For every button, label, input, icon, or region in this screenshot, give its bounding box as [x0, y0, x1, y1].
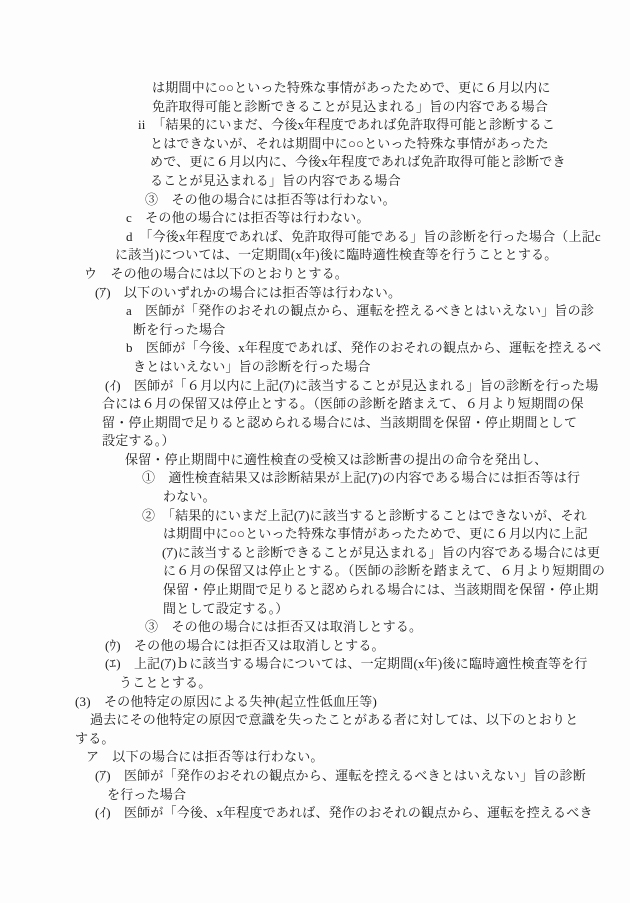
doc-line: する。 — [0, 730, 630, 749]
doc-line: 保留・停止期間中に適性検査の受検又は診断書の提出の命令を発出し、 — [0, 451, 630, 470]
doc-line: c その他の場合には拒否等は行わない。 — [0, 209, 630, 228]
document-lines: は期間中に○○といった特殊な事情があったためで、更に６月以内に免許取得可能と診断… — [0, 79, 630, 823]
doc-line: (ｱ) 医師が「発作のおそれの観点から、運転を控えるべきとはいえない」旨の診断 — [0, 767, 630, 786]
doc-line: (ｲ) 医師が「今後、x年程度であれば、発作のおそれの観点から、運転を控えるべき — [0, 804, 630, 823]
doc-line: (ｳ) その他の場合には拒否又は取消しとする。 — [0, 637, 630, 656]
doc-line: きとはいえない」旨の診断を行った場合 — [0, 358, 630, 377]
doc-line: に該当)については、一定期間(x年)後に臨時適性検査等を行うこととする。 — [0, 246, 630, 265]
doc-line: とはできないが、それは期間中に○○といった特殊な事情があったた — [0, 135, 630, 154]
doc-line: ることが見込まれる」旨の内容である場合 — [0, 172, 630, 191]
doc-line: a 医師が「発作のおそれの観点から、運転を控えるべきとはいえない」旨の診 — [0, 302, 630, 321]
doc-line: 保留・停止期間で足りると認められる場合には、当該期間を保留・停止期 — [0, 581, 630, 600]
doc-line: (ｱ) 以下のいずれかの場合には拒否等は行わない。 — [0, 284, 630, 303]
doc-line: を行った場合 — [0, 786, 630, 805]
document-page: は期間中に○○といった特殊な事情があったためで、更に６月以内に免許取得可能と診断… — [0, 0, 630, 903]
doc-line: ウ その他の場合には以下のとおりとする。 — [0, 265, 630, 284]
doc-line: (ｴ) 上記(ｱ)ｂに該当する場合については、一定期間(x年)後に臨時適性検査等… — [0, 655, 630, 674]
doc-line: ② 「結果的にいまだ上記(ｱ)に該当すると診断することはできないが、それ — [0, 507, 630, 526]
doc-line: 過去にその他特定の原因で意識を失ったことがある者に対しては、以下のとおりと — [0, 711, 630, 730]
doc-line: 免許取得可能と診断できることが見込まれる」旨の内容である場合 — [0, 98, 630, 117]
doc-line: 間として設定する。） — [0, 600, 630, 619]
doc-line: b 医師が「今後、x年程度であれば、発作のおそれの観点から、運転を控えるべ — [0, 339, 630, 358]
doc-line: に６月の保留又は停止とする。（医師の診断を踏まえて、６月より短期間の — [0, 562, 630, 581]
doc-line: 合には６月の保留又は停止とする。（医師の診断を踏まえて、６月より短期間の保 — [0, 395, 630, 414]
doc-line: 設定する。） — [0, 432, 630, 451]
doc-line: (ｱ)に該当すると診断できることが見込まれる」旨の内容である場合には更 — [0, 544, 630, 563]
doc-line: ア 以下の場合には拒否等は行わない。 — [0, 748, 630, 767]
doc-line: は期間中に○○といった特殊な事情があったためで、更に６月以内に上記 — [0, 525, 630, 544]
doc-line: わない。 — [0, 488, 630, 507]
doc-line: 断を行った場合 — [0, 321, 630, 340]
doc-line: は期間中に○○といった特殊な事情があったためで、更に６月以内に — [0, 79, 630, 98]
doc-line: ii 「結果的にいまだ、今後x年程度であれば免許取得可能と診断するこ — [0, 116, 630, 135]
doc-line: ③ その他の場合には拒否等は行わない。 — [0, 191, 630, 210]
doc-line: (3) その他特定の原因による失神(起立性低血圧等) — [0, 693, 630, 712]
doc-line: d 「今後x年程度であれば、免許取得可能である」旨の診断を行った場合（上記c — [0, 228, 630, 247]
doc-line: うこととする。 — [0, 674, 630, 693]
doc-line: 留・停止期間で足りると認められる場合には、当該期間を保留・停止期間として — [0, 414, 630, 433]
doc-line: めで、更に６月以内に、今後x年程度であれば免許取得可能と診断でき — [0, 153, 630, 172]
doc-line: ① 適性検査結果又は診断結果が上記(ｱ)の内容である場合には拒否等は行 — [0, 469, 630, 488]
doc-line: (ｲ) 医師が「６月以内に上記(ｱ)に該当することが見込まれる」旨の診断を行った… — [0, 377, 630, 396]
doc-line: ③ その他の場合には拒否又は取消しとする。 — [0, 618, 630, 637]
